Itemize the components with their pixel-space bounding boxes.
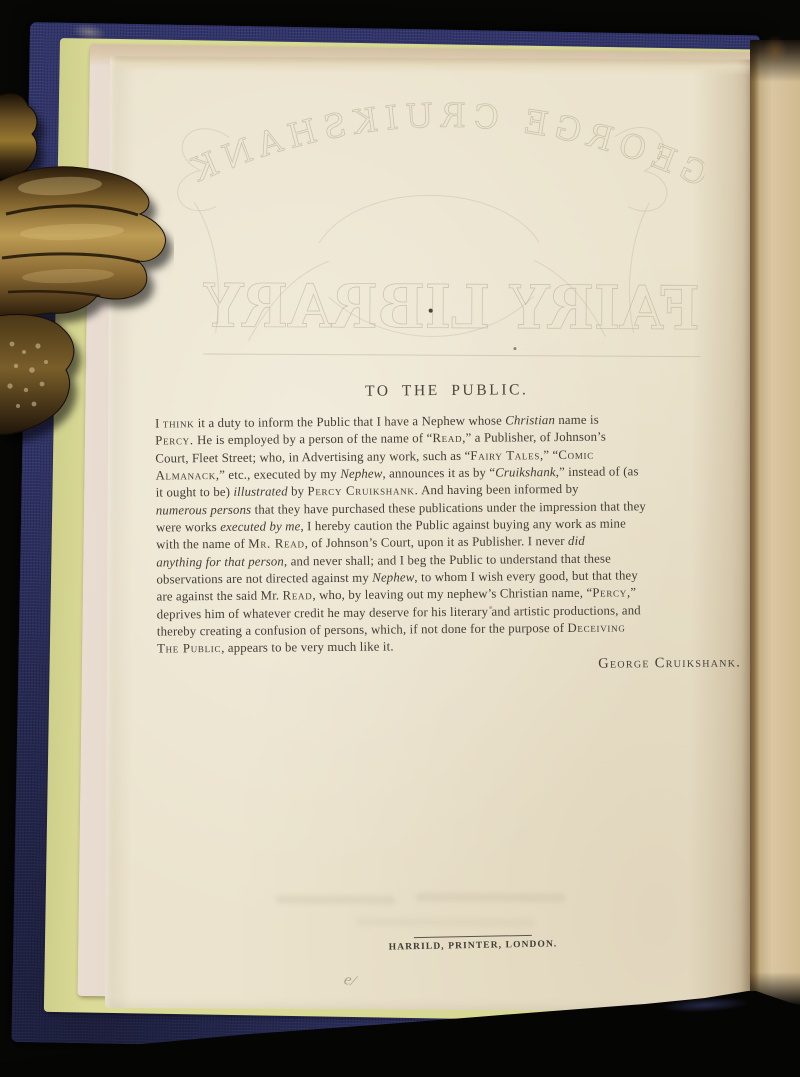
notice-heading: TO THE PUBLIC. [155,379,739,402]
ghost-flourish-ornament [133,82,710,375]
photo-backdrop: { "photo": { "subject": "antique book op… [0,0,800,1077]
ghost-showthrough-text [416,893,566,903]
public-notice: TO THE PUBLIC. I think it a duty to info… [155,379,742,676]
foxing-speck [513,347,516,350]
ghost-showthrough-text [355,917,535,927]
foxing-speck [429,309,433,313]
facing-page-gutter [750,40,800,1006]
notice-body: I think it a duty to inform the Public t… [155,410,741,658]
brass-clasp [0,86,174,458]
ghost-showthrough-text [276,895,396,905]
page-edge-stain [762,34,788,68]
